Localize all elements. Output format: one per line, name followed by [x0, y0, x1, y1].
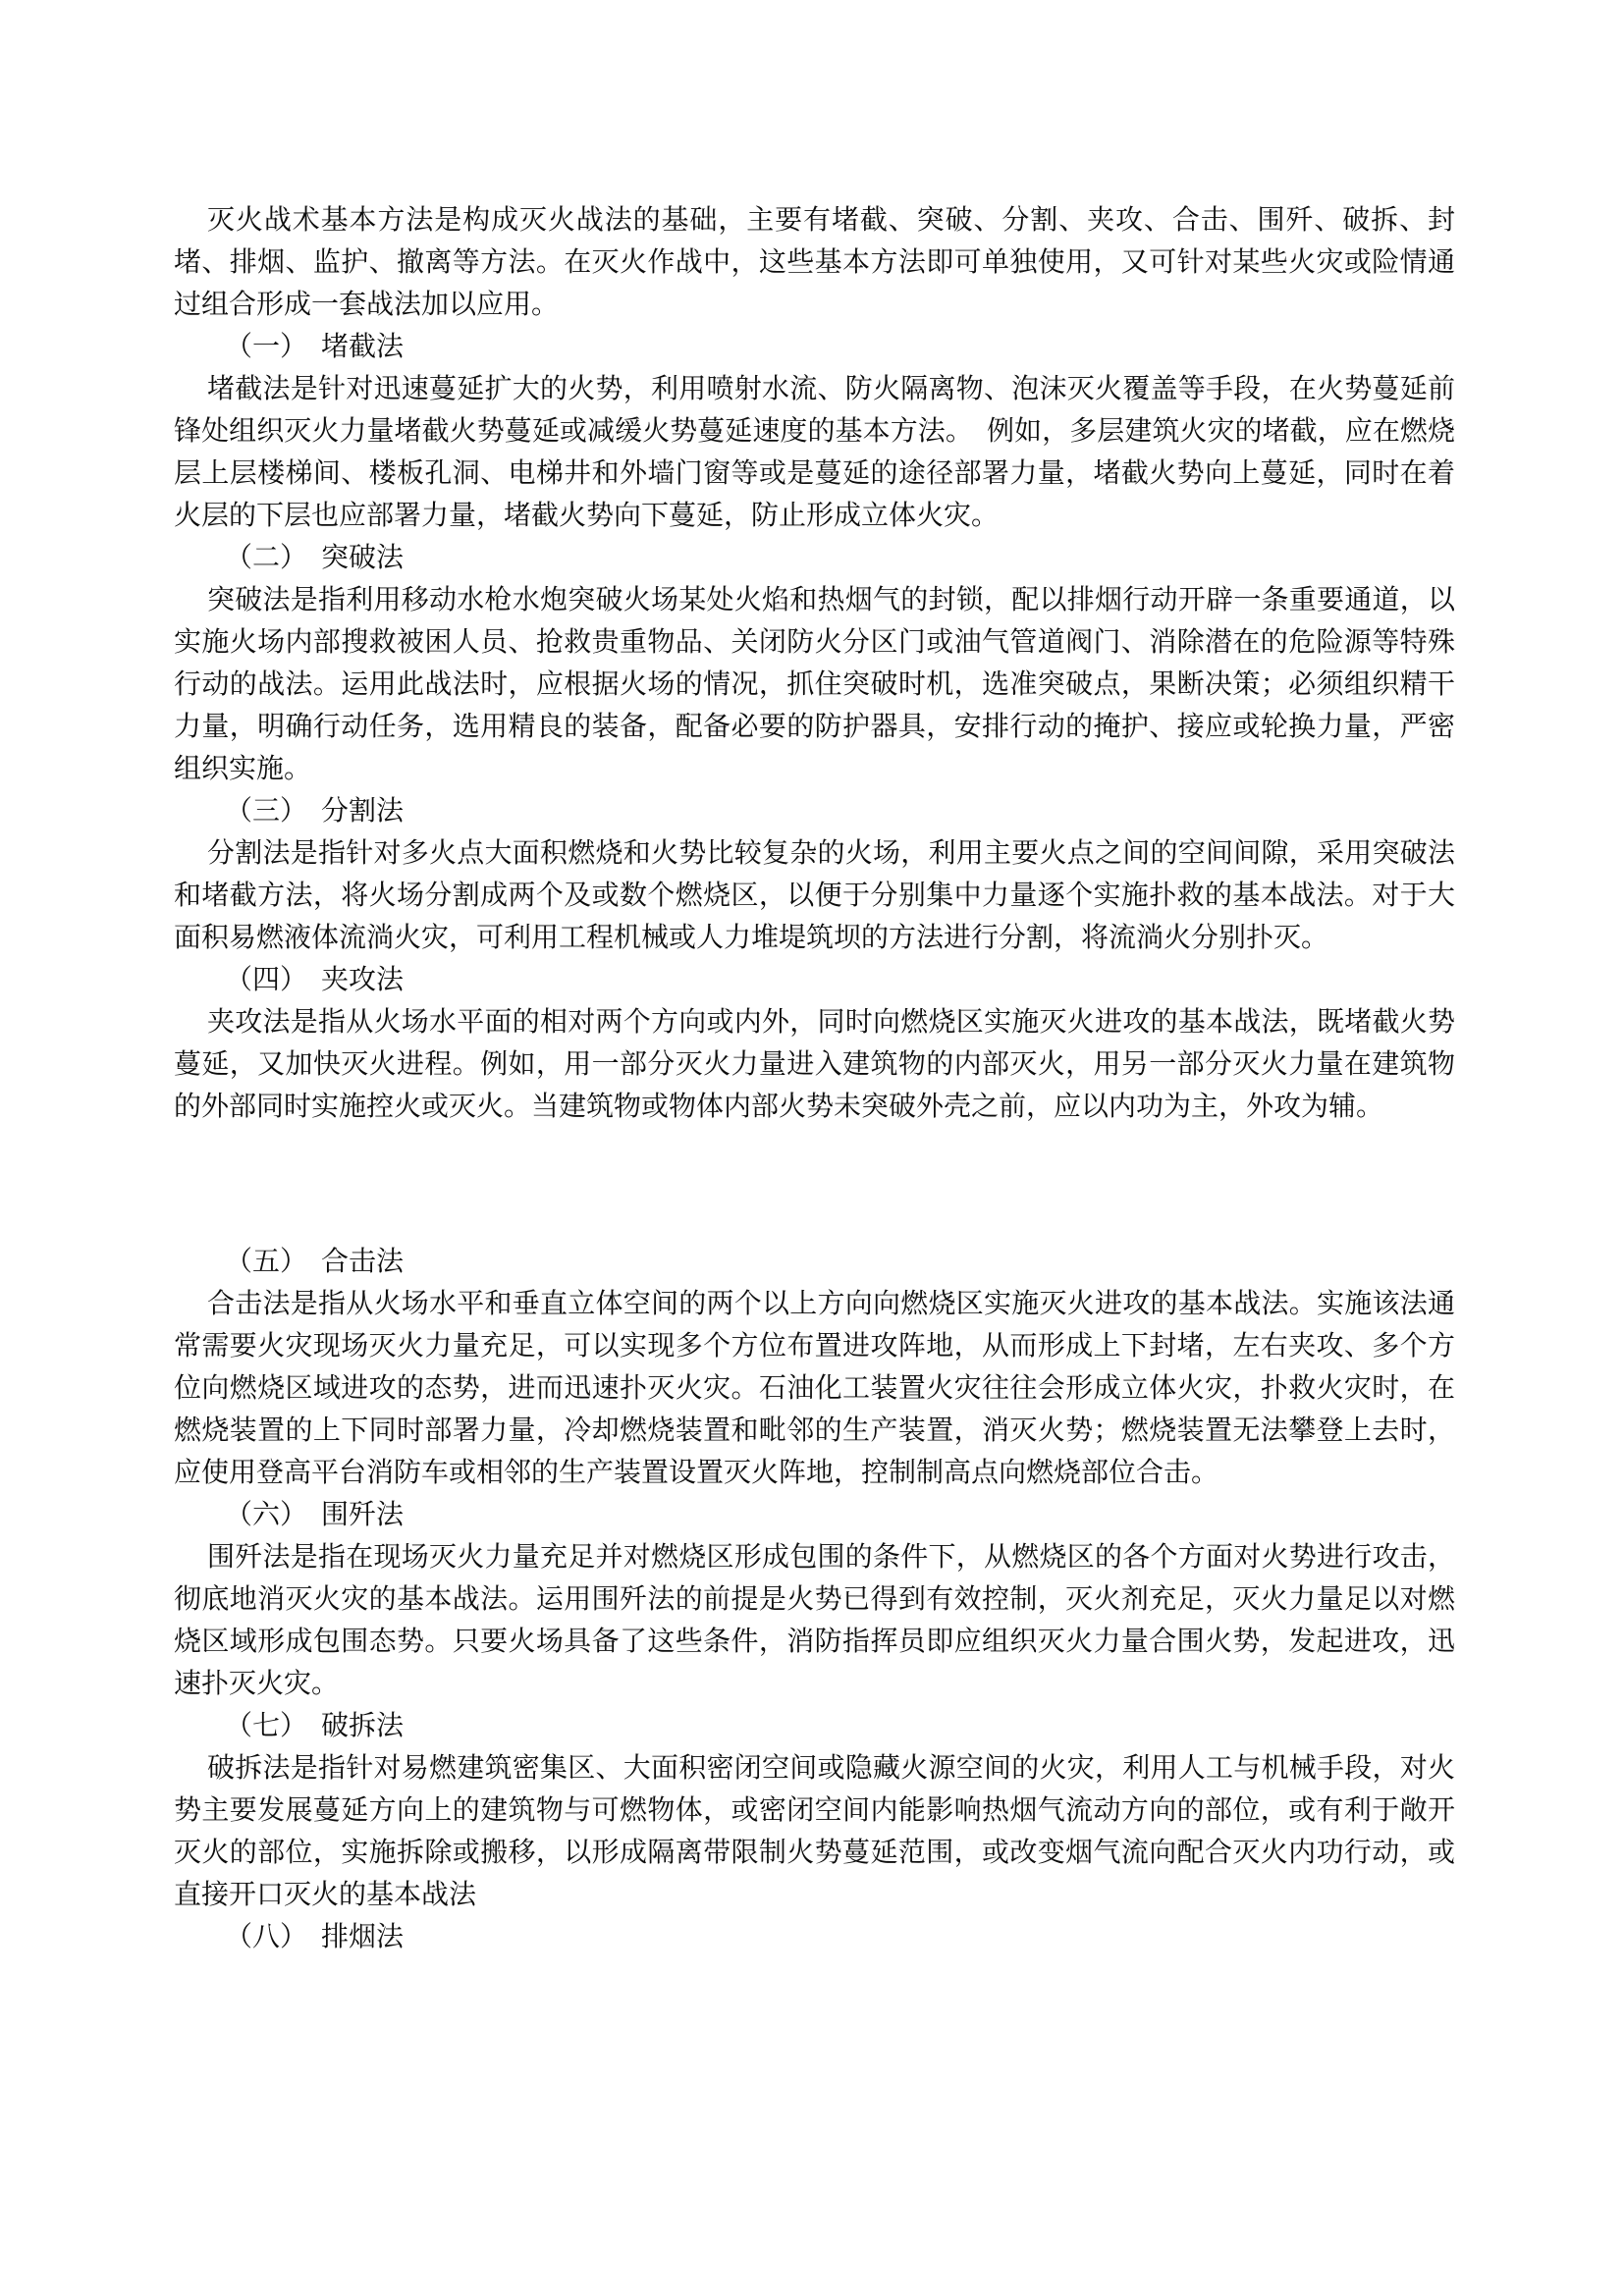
section-heading-1: （一） 堵截法	[174, 326, 1455, 368]
section-heading-6: （六） 围歼法	[174, 1494, 1455, 1536]
section-paragraph-weijian: 围歼法是指在现场灭火力量充足并对燃烧区形成包围的条件下，从燃烧区的各个方面对火势…	[174, 1536, 1455, 1705]
section-heading-2: （二） 突破法	[174, 537, 1455, 579]
section-paragraph-jiagong: 夹攻法是指从火场水平面的相对两个方向或内外，同时向燃烧区实施灭火进攻的基本战法，…	[174, 1001, 1455, 1128]
text-content: 灭火战术基本方法是构成灭火战法的基础，主要有堵截、突破、分割、夹攻、合击、围歼、…	[174, 199, 1455, 1958]
section-paragraph-pochai: 破拆法是指针对易燃建筑密集区、大面积密闭空间或隐藏火源空间的火灾，利用人工与机械…	[174, 1747, 1455, 1916]
section-paragraph-heji: 合击法是指从火场水平和垂直立体空间的两个以上方向向燃烧区实施灭火进攻的基本战法。…	[174, 1283, 1455, 1494]
document-page: 灭火战术基本方法是构成灭火战法的基础，主要有堵截、突破、分割、夹攻、合击、围歼、…	[0, 0, 1624, 2296]
section-paragraph-duji: 堵截法是针对迅速蔓延扩大的火势，利用喷射水流、防火隔离物、泡沫灭火覆盖等手段，在…	[174, 368, 1455, 537]
section-heading-5: （五） 合击法	[174, 1241, 1455, 1283]
section-heading-7: （七） 破拆法	[174, 1705, 1455, 1747]
section-heading-3: （三） 分割法	[174, 790, 1455, 832]
section-heading-4: （四） 夹攻法	[174, 959, 1455, 1001]
section-paragraph-fenge: 分割法是指针对多火点大面积燃烧和火势比较复杂的火场，利用主要火点之间的空间间隙，…	[174, 832, 1455, 959]
intro-paragraph: 灭火战术基本方法是构成灭火战法的基础，主要有堵截、突破、分割、夹攻、合击、围歼、…	[174, 199, 1455, 326]
section-paragraph-tupo: 突破法是指利用移动水枪水炮突破火场某处火焰和热烟气的封锁，配以排烟行动开辟一条重…	[174, 579, 1455, 790]
section-heading-8: （八） 排烟法	[174, 1916, 1455, 1958]
